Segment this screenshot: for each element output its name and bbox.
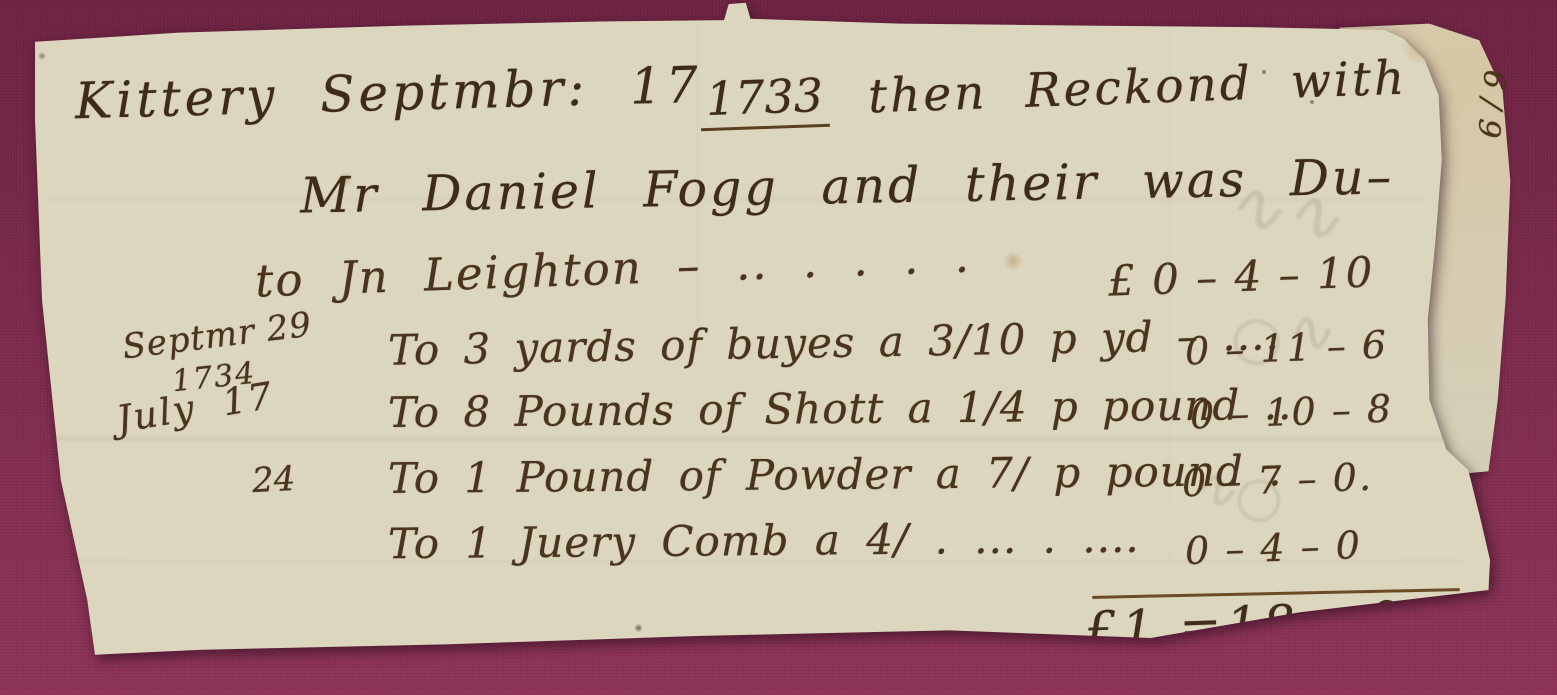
stain — [634, 624, 643, 632]
total-amount: £1 =18= 0 — [1084, 590, 1405, 659]
entry-amount-buyes: 0 – 11 – 6 — [1184, 322, 1388, 373]
manuscript-paper: ∿∿ ○∿ ∿○ Kittery Septmbr: 17 1733 then R… — [0, 0, 1557, 695]
stain — [1002, 252, 1024, 270]
entry-row-powder: To 1 Pound of Powder a 7/ p pound . — [388, 446, 1283, 503]
entry-amount-shott: 0 – 10 – 8 — [1189, 386, 1393, 437]
margin-date-september: Septmr 29 — [120, 305, 314, 368]
manuscript-sheet: ∿∿ ○∿ ∿○ Kittery Septmbr: 17 1733 then R… — [0, 0, 1557, 695]
entry-row-comb: To 1 Juery Comb a 4/ . ... . .... — [388, 513, 1140, 569]
fold-crease — [40, 437, 1460, 444]
entry-row-buyes: To 3 yards of buyes a 3/10 p yd – .... — [388, 310, 1280, 375]
scanned-receipt: 6/9 ∿∿ ○∿ ∿○ Kittery Septmbr: 17 — [0, 0, 1557, 695]
creditor-amount: £ 0 – 4 – 10 — [1107, 247, 1375, 305]
stain — [38, 52, 46, 60]
entry-row-shott: To 8 Pounds of Shott a 1/4 p pound .. — [388, 380, 1293, 437]
header-reckoned-with: then Reckond with — [867, 51, 1408, 125]
fold-crease-vertical — [1168, 30, 1172, 590]
underlined-year: 1733 — [699, 68, 830, 131]
header-year: 1733 — [699, 68, 830, 131]
entry-amount-comb: 0 – 4 – 0 — [1184, 523, 1362, 573]
margin-day-24: 24 — [251, 459, 296, 501]
creditor-line: to Jn Leighton – .. . . . . — [254, 230, 971, 308]
debtor-line: Mr Daniel Fogg and their was Du– — [300, 148, 1395, 224]
header-place-date: Kittery Septmbr: 17 — [74, 56, 702, 130]
entry-amount-powder: 0 – 7 – 0. — [1181, 455, 1373, 506]
